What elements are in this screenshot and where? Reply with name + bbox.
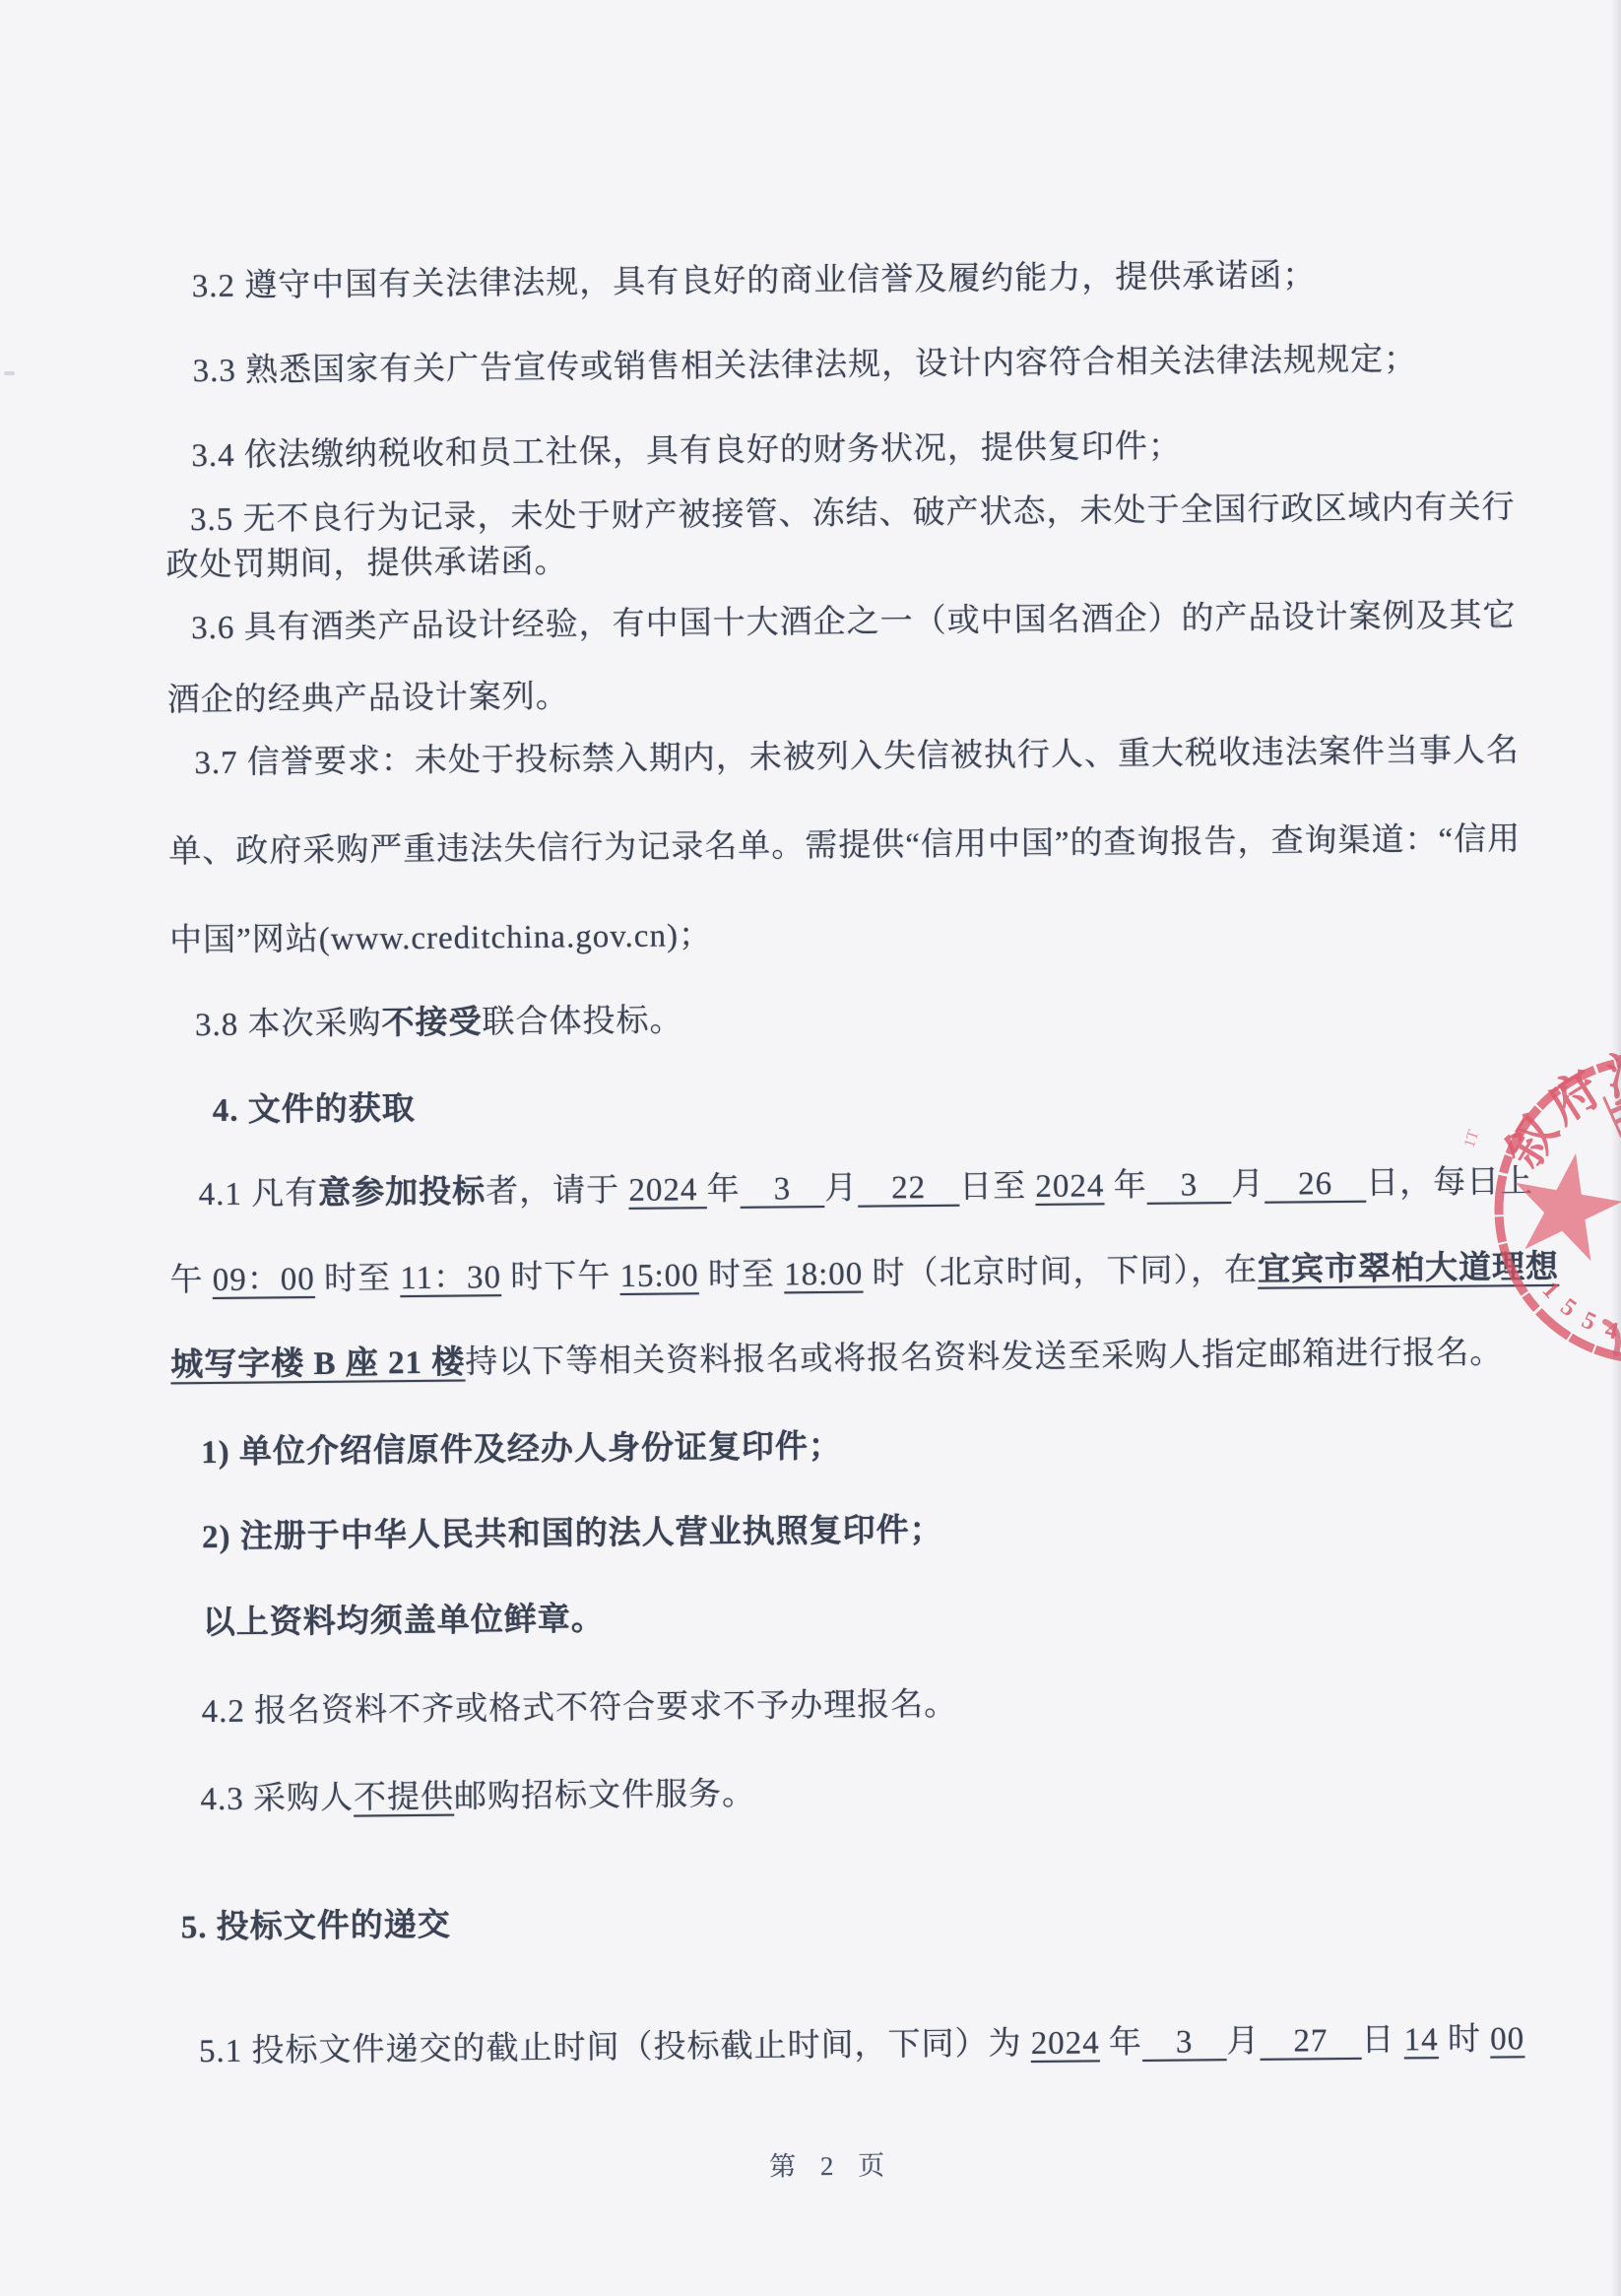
text-segment: 2) 注册于中华人民共和国的法人营业执照复印件； bbox=[202, 1513, 943, 1555]
text-segment: 者，请于 bbox=[486, 1173, 629, 1210]
text-segment: 4. 文件的获取 bbox=[213, 1091, 416, 1129]
text-segment: 3.5 无不良行为记录，未处于财产被接管、冻结、破产状态，未处于全国行政区域内有… bbox=[190, 490, 1516, 538]
text-segment: 宜宾市翠柏大道理想 bbox=[1258, 1250, 1559, 1288]
text-segment: 2024 bbox=[1035, 1168, 1104, 1205]
text-segment: 14 bbox=[1404, 2022, 1439, 2058]
text-segment: 3.4 依法缴纳税收和员工社保，具有良好的财务状况，提供复印件； bbox=[191, 429, 1182, 475]
text-line: 3.5 无不良行为记录，未处于财产被接管、冻结、破产状态，未处于全国行政区域内有… bbox=[190, 486, 1516, 542]
text-line: 3.7 信誉要求：未处于投标禁入期内，未被列入失信被执行人、重大税收违法案件当事… bbox=[194, 729, 1520, 785]
text-line: 以上资料均须盖单位鲜章。 bbox=[203, 1598, 605, 1645]
text-line: 城写字楼 B 座 21 楼持以下等相关资料报名或将报名资料发送至采购人指定邮箱进… bbox=[170, 1331, 1503, 1387]
text-segment: 时 bbox=[1439, 2022, 1491, 2059]
text-segment: 2024 bbox=[1031, 2025, 1100, 2062]
text-segment: 时至 bbox=[315, 1261, 401, 1297]
text-segment: 3.8 本次采购 bbox=[195, 1006, 382, 1043]
text-segment: 城写字楼 B 座 21 楼 bbox=[170, 1345, 465, 1384]
text-segment: 3.2 遵守中国有关法律法规，具有良好的商业信誉及履约能力，提供承诺函； bbox=[192, 258, 1317, 304]
scan-speck bbox=[4, 371, 15, 375]
text-line: 单、政府采购严重违法失信行为记录名单。需提供“信用中国”的查询报告，查询渠道：“… bbox=[168, 818, 1521, 874]
text-segment: 不提供 bbox=[354, 1780, 454, 1816]
text-segment: 月 bbox=[1226, 2024, 1260, 2060]
text-segment: 3 bbox=[1142, 2024, 1227, 2061]
text-line: 3.4 依法缴纳税收和员工社保，具有良好的财务状况，提供复印件； bbox=[191, 426, 1182, 479]
text-line: 1) 单位介绍信原件及经办人身份证复印件； bbox=[201, 1425, 842, 1475]
text-line: 5. 投标文件的递交 bbox=[181, 1904, 451, 1950]
text-segment: 5.1 投标文件递交的截止时间（投标截止时间，下同）为 bbox=[199, 2026, 1031, 2069]
document-page: 3.2 遵守中国有关法律法规，具有良好的商业信誉及履约能力，提供承诺函；3.3 … bbox=[0, 0, 1621, 2296]
text-segment: 15:00 bbox=[619, 1258, 699, 1294]
text-segment: 日至 bbox=[959, 1169, 1036, 1206]
text-line: 4.3 采购人不提供邮购招标文件服务。 bbox=[200, 1773, 755, 1821]
text-segment: 时（北京时间，下同），在 bbox=[863, 1253, 1258, 1292]
text-line: 3.8 本次采购不接受联合体投标。 bbox=[195, 999, 683, 1047]
page-number: 第 2 页 bbox=[21, 2136, 1621, 2191]
text-segment: 5. 投标文件的递交 bbox=[181, 1908, 451, 1946]
text-segment: 4.3 采购人 bbox=[200, 1781, 354, 1817]
text-line: 4.2 报名资料不齐或格式不符合要求不予办理报名。 bbox=[201, 1683, 957, 1734]
text-segment: 27 bbox=[1260, 2023, 1361, 2060]
text-line: 中国”网站(www.creditchina.gov.cn)； bbox=[169, 914, 712, 962]
text-segment: 年 bbox=[1100, 2025, 1143, 2061]
text-segment: 单、政府采购严重违法失信行为记录名单。需提供“信用中国”的查询报告，查询渠道：“… bbox=[168, 821, 1521, 870]
text-segment: 政处罚期间，提供承诺函。 bbox=[165, 544, 567, 583]
text-segment: 中国”网站(www.creditchina.gov.cn)； bbox=[169, 918, 712, 958]
page-content: 3.2 遵守中国有关法律法规，具有良好的商业信誉及履约能力，提供承诺函；3.3 … bbox=[0, 0, 1621, 2296]
text-line: 午 09：00 时至 11：30 时下午 15:00 时至 18:00 时（北京… bbox=[169, 1246, 1559, 1303]
text-segment: 持以下等相关资料报名或将报名资料发送至采购人指定邮箱进行报名。 bbox=[465, 1335, 1503, 1380]
text-segment: 26 bbox=[1264, 1166, 1366, 1203]
text-segment: 意参加投标 bbox=[318, 1174, 486, 1212]
text-line: 3.3 熟悉国家有关广告宣传或销售相关法律法规，设计内容符合相关法律法规规定； bbox=[192, 338, 1417, 393]
text-segment: 11：30 bbox=[400, 1260, 501, 1296]
text-segment: 18:00 bbox=[784, 1257, 864, 1293]
text-line: 政处罚期间，提供承诺函。 bbox=[165, 540, 567, 587]
text-segment: 不接受 bbox=[381, 1005, 482, 1041]
text-segment: 09：00 bbox=[213, 1262, 315, 1298]
text-segment: 月 bbox=[1231, 1167, 1264, 1203]
text-segment: 4.1 凡有 bbox=[198, 1176, 318, 1213]
text-segment: 2024 bbox=[628, 1172, 707, 1209]
text-segment: 联合体投标。 bbox=[482, 1003, 682, 1040]
text-segment: 3 bbox=[1146, 1167, 1231, 1204]
text-segment: 酒企的经典产品设计案列。 bbox=[167, 679, 569, 718]
text-segment: 3 bbox=[740, 1171, 824, 1208]
text-segment: 00 bbox=[1490, 2021, 1524, 2057]
text-segment: 日 bbox=[1361, 2022, 1404, 2058]
text-segment: 午 bbox=[169, 1263, 213, 1298]
text-line: 酒企的经典产品设计案列。 bbox=[167, 675, 569, 722]
text-segment: 3.3 熟悉国家有关广告宣传或销售相关法律法规，设计内容符合相关法律法规规定； bbox=[192, 342, 1417, 389]
text-segment: 时至 bbox=[698, 1257, 784, 1293]
text-segment: 年 bbox=[706, 1172, 740, 1208]
text-segment: 时下午 bbox=[501, 1259, 620, 1295]
text-segment: 年 bbox=[1104, 1168, 1147, 1204]
text-line: 4. 文件的获取 bbox=[213, 1087, 416, 1133]
text-segment: 22 bbox=[858, 1170, 959, 1207]
text-segment: 3.6 具有酒类产品设计经验，有中国十大酒企之一（或中国名酒企）的产品设计案例及… bbox=[191, 598, 1517, 646]
text-segment: 邮购招标文件服务。 bbox=[454, 1777, 755, 1815]
text-segment: 3.7 信誉要求：未处于投标禁入期内，未被列入失信被执行人、重大税收违法案件当事… bbox=[194, 733, 1520, 781]
text-segment: 月 bbox=[824, 1171, 858, 1207]
text-segment: 4.2 报名资料不齐或格式不符合要求不予办理报名。 bbox=[202, 1687, 958, 1730]
text-line: 5.1 投标文件递交的截止时间（投标截止时间，下同）为 2024 年 3 月 2… bbox=[199, 2017, 1525, 2073]
text-segment: 1) 单位介绍信原件及经办人身份证复印件； bbox=[201, 1429, 842, 1471]
text-line: 4.1 凡有意参加投标者，请于 2024 年 3 月 22 日至 2024 年 … bbox=[198, 1160, 1533, 1216]
text-segment: 以上资料均须盖单位鲜章。 bbox=[203, 1602, 605, 1641]
text-line: 2) 注册于中华人民共和国的法人营业执照复印件； bbox=[202, 1509, 943, 1559]
text-segment: 日，每日上 bbox=[1366, 1164, 1533, 1202]
text-line: 3.6 具有酒类产品设计经验，有中国十大酒企之一（或中国名酒企）的产品设计案例及… bbox=[191, 594, 1517, 650]
text-line: 3.2 遵守中国有关法律法规，具有良好的商业信誉及履约能力，提供承诺函； bbox=[192, 254, 1317, 308]
scan-speck bbox=[1493, 620, 1501, 628]
